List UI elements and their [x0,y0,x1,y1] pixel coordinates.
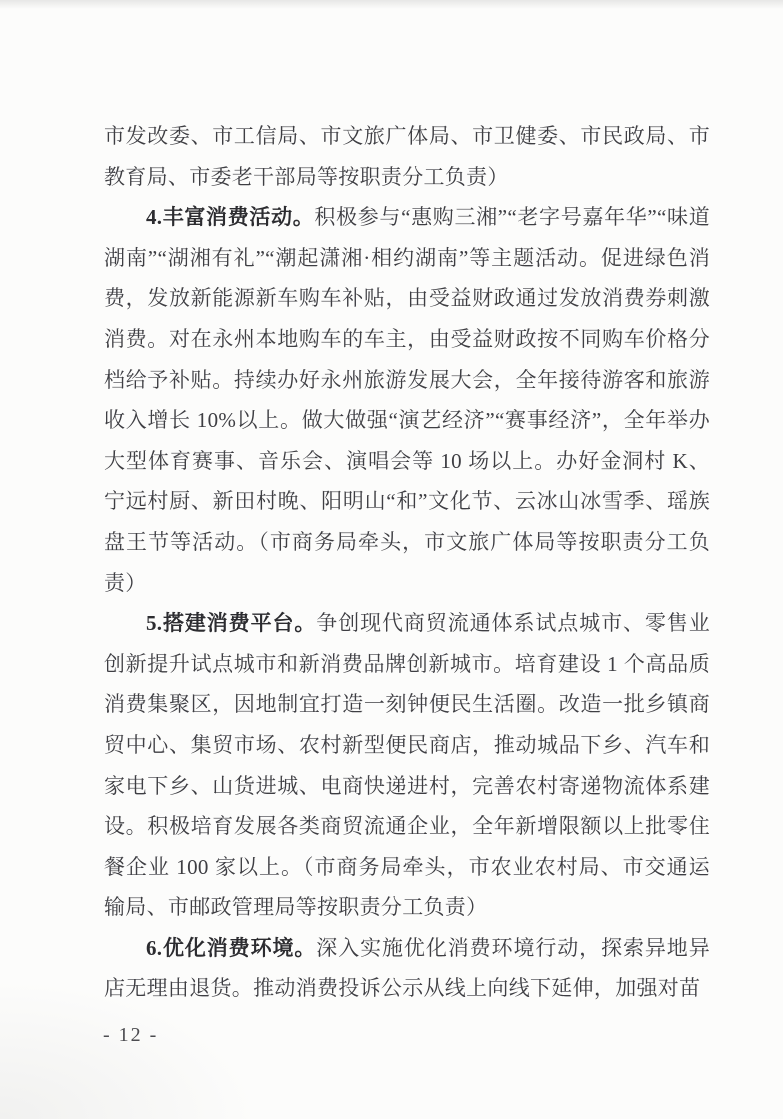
document-body: 市发改委、市工信局、市文旅广体局、市卫健委、市民政局、市教育局、市委老干部局等按… [104,116,710,1009]
page-number: - 12 - [103,1022,158,1048]
paragraph: 5.搭建消费平台。争创现代商贸流通体系试点城市、零售业创新提升试点城市和新消费品… [104,603,710,928]
paragraph-heading: 6.优化消费环境。 [146,936,316,960]
paragraph-text: 市发改委、市工信局、市文旅广体局、市卫健委、市民政局、市教育局、市委老干部局等按… [104,124,710,189]
scanned-document-page: 市发改委、市工信局、市文旅广体局、市卫健委、市民政局、市教育局、市委老干部局等按… [0,0,783,1119]
paragraph-heading: 5.搭建消费平台。 [146,611,316,635]
paragraph-heading: 4.丰富消费活动。 [146,205,314,229]
paragraph: 市发改委、市工信局、市文旅广体局、市卫健委、市民政局、市教育局、市委老干部局等按… [104,116,710,197]
paragraph: 6.优化消费环境。深入实施优化消费环境行动，探索异地异店无理由退货。推动消费投诉… [104,928,710,1009]
paragraph-text: 积极参与“惠购三湘”“老字号嘉年华”“味道湖南”“湖湘有礼”“潮起潇湘·相约湖南… [104,205,710,594]
paragraph-text: 争创现代商贸流通体系试点城市、零售业创新提升试点城市和新消费品牌创新城市。培育建… [104,611,710,919]
paragraph: 4.丰富消费活动。积极参与“惠购三湘”“老字号嘉年华”“味道湖南”“湖湘有礼”“… [104,197,710,603]
